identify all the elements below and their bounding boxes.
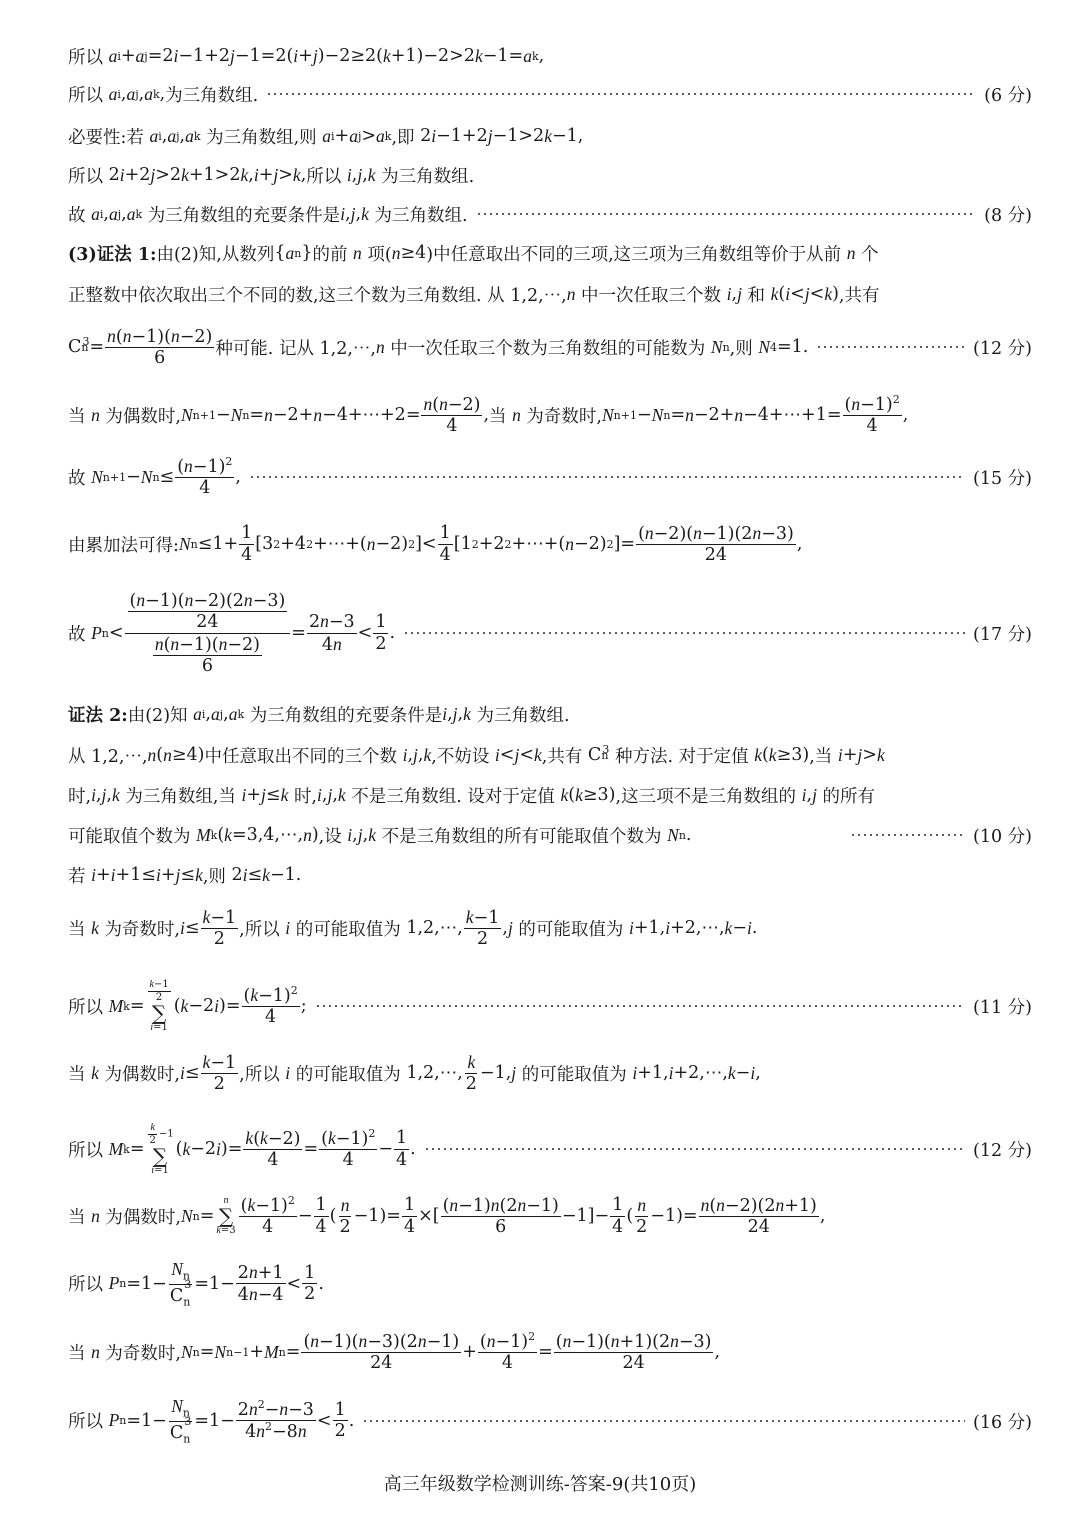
score-label: (16 分) bbox=[973, 1409, 1032, 1434]
text: 若 bbox=[68, 863, 86, 888]
text: ,则 bbox=[203, 863, 226, 888]
line-necessity: 必要性:若 ai,aj,ak 为三角数组,则 ai+aj>ak,即 2i−1+2… bbox=[68, 116, 1032, 156]
text: ,共有 bbox=[839, 282, 880, 307]
line-pn-even: 所以 Pn=1−NnCn3=1−2n+14n−4<12. bbox=[68, 1258, 1032, 1310]
text: 和 bbox=[748, 282, 766, 307]
text: 由累加法可得: bbox=[68, 532, 179, 557]
text: 为三角数组,则 bbox=[206, 124, 317, 149]
leader-dots bbox=[816, 346, 965, 348]
text: ,所以 bbox=[239, 916, 280, 941]
score-label: (6 分) bbox=[984, 82, 1032, 107]
text: 所以 bbox=[68, 82, 103, 107]
text: 由(2)知,从数列 bbox=[156, 241, 274, 266]
text: 所以 bbox=[68, 1408, 103, 1433]
leader-dots bbox=[403, 632, 965, 634]
line-difference-cases: 当 n 为偶数时,Nn+1−Nn=n−2+n−4+⋯+2=n(n−2)4,当 n… bbox=[68, 390, 1032, 440]
text: 的前 bbox=[312, 241, 347, 266]
score-label: (10 分) bbox=[973, 823, 1032, 848]
text: 必要性:若 bbox=[68, 124, 144, 149]
score-label: (12 分) bbox=[973, 1137, 1032, 1162]
text: 为三角数组. bbox=[374, 202, 467, 227]
text: ,设 bbox=[319, 823, 342, 848]
line-mk-even-12: 所以 Mk=k2−1∑i=1(k−2i)=k(k−2)4=(k−1)24−14.… bbox=[68, 1114, 1032, 1184]
text: 为奇数时, bbox=[105, 1340, 181, 1365]
text: 种方法. 对于定值 bbox=[615, 743, 749, 768]
line-combination-count: Cn3=n(n−1)(n−2)6种可能. 记从 1,2,⋯,n 中一次任取三个数… bbox=[68, 322, 1032, 372]
line-conclusion-8: 故 ai,aj,ak 为三角数组的充要条件是i,j,k 为三角数组. (8 分) bbox=[68, 194, 1032, 234]
text: 的可能取值为 bbox=[296, 1061, 401, 1086]
line-difference-bound: 故 Nn+1−Nn≤(n−1)24, (15 分) bbox=[68, 452, 1032, 502]
text: 种可能. 记从 1,2,⋯, bbox=[215, 335, 376, 360]
score-label: (8 分) bbox=[984, 202, 1032, 227]
text: 为偶数时, bbox=[104, 1061, 180, 1086]
text: 为三角数组,当 bbox=[125, 783, 236, 808]
text: 时, bbox=[68, 783, 91, 808]
text: 为三角数组. bbox=[381, 163, 474, 188]
line-mk-odd-11: 所以 Mk=k−12∑i=1(k−2i)=(k−1)24; (11 分) bbox=[68, 972, 1032, 1040]
text: 所以 bbox=[68, 163, 103, 188]
text: 所以 bbox=[68, 994, 103, 1019]
text: 所以 bbox=[68, 1137, 103, 1162]
text: 所以 bbox=[68, 44, 103, 69]
leader-dots bbox=[424, 1148, 965, 1150]
text: 所以 bbox=[306, 163, 341, 188]
text: )中任意取出不同的三项,这三项为三角数组等价于从前 bbox=[426, 241, 841, 266]
line-proof1-2: 正整数中依次取出三个不同的数,这三个数为三角数组. 从 1,2,⋯,n 中一次任… bbox=[68, 274, 1032, 314]
text: 中一次任取三个数为三角数组的可能数为 bbox=[390, 335, 705, 360]
text: 故 bbox=[68, 621, 86, 646]
text: 当 bbox=[489, 403, 507, 428]
line-nn-even: 当 n 为偶数时,Nn=n∑k=3(k−1)24−14(n2−1)=14×[(n… bbox=[68, 1190, 1032, 1242]
text: 为三角数组. bbox=[476, 702, 569, 727]
leader-dots bbox=[266, 93, 976, 95]
text: ,不妨设 bbox=[431, 743, 489, 768]
line-k-even: 当 k 为偶数时,i≤k−12,所以 i 的可能取值为 1,2,⋯,k2−1,j… bbox=[68, 1048, 1032, 1098]
line-conclusion-6: 所以 ai,aj,ak,为三角数组. (6 分) bbox=[68, 74, 1032, 114]
summation: k−12∑i=1 bbox=[147, 979, 172, 1033]
text: 故 bbox=[68, 465, 86, 490]
score-label: (11 分) bbox=[973, 994, 1032, 1019]
line-pn-odd-16: 所以 Pn=1−NnCn3=1−2n2−n−34n2−8n<12. (16 分) bbox=[68, 1394, 1032, 1448]
leader-dots bbox=[249, 476, 965, 478]
proof2-heading: 证法 2: bbox=[68, 702, 128, 727]
summation: k2−1∑i=1 bbox=[147, 1122, 174, 1176]
text: 的可能取值为 bbox=[518, 916, 623, 941]
text: 正整数中依次取出三个不同的数,这三个数为三角数组. 从 1,2,⋯, bbox=[68, 282, 567, 307]
text: 可能取值个数为 bbox=[68, 823, 191, 848]
text: 为奇数时, bbox=[104, 916, 180, 941]
text: 中一次任取三个数 bbox=[581, 282, 721, 307]
line-proof1-intro: (3)证法 1:由(2)知,从数列{an}的前 n 项(n≥4)中任意取出不同的… bbox=[68, 233, 1032, 273]
text: 所以 bbox=[68, 1271, 103, 1296]
text: 当 bbox=[68, 1340, 86, 1365]
summation: n∑k=3 bbox=[216, 1196, 235, 1236]
score-label: (12 分) bbox=[973, 335, 1032, 360]
line-nn-odd: 当 n 为奇数时,Nn=Nn−1+Mn=(n−1)(n−3)(2n−1)24+(… bbox=[68, 1326, 1032, 1378]
text: 不是三角数组. 设对于定值 bbox=[351, 783, 555, 808]
score-label: (17 分) bbox=[973, 621, 1032, 646]
text: 为三角数组的充要条件是 bbox=[148, 202, 341, 227]
text: 当 bbox=[68, 403, 86, 428]
text: 当 bbox=[68, 916, 86, 941]
leader-dots bbox=[315, 1005, 965, 1007]
leader-dots bbox=[362, 1420, 965, 1422]
text: ,当 bbox=[809, 743, 832, 768]
line-proof2-4: 可能取值个数为 Mk(k=3,4,⋯,n),设 i,j,k 不是三角数组的所有可… bbox=[68, 815, 1032, 855]
text: 中任意取出不同的三个数 bbox=[204, 743, 397, 768]
text: 的可能取值为 bbox=[296, 916, 401, 941]
text: 当 bbox=[68, 1061, 86, 1086]
page-footer: 高三年级数学检测训练-答案-9(共10页) bbox=[0, 1470, 1080, 1496]
text: 当 bbox=[68, 1204, 86, 1229]
line-k-odd: 当 k 为奇数时,i≤k−12,所以 i 的可能取值为 1,2,⋯,k−12,j… bbox=[68, 903, 1032, 953]
line-proof2-intro: 证法 2:由(2)知 ai,aj,ak 为三角数组的充要条件是i,j,k 为三角… bbox=[68, 694, 1032, 734]
text: 为偶数时, bbox=[105, 1204, 181, 1229]
leader-dots bbox=[850, 834, 965, 836]
line-necessity-2: 所以 2i+2j>2k+1>2k,i+j>k,所以 i,j,k 为三角数组. bbox=[68, 155, 1032, 195]
text: 不是三角数组的所有可能取值个数为 bbox=[382, 823, 662, 848]
line-probability-bound-17: 故 Pn<(n−1)(n−2)(2n−3)24n(n−1)(n−2)6=2n−3… bbox=[68, 585, 1032, 681]
leader-dots bbox=[476, 213, 977, 215]
text: ,共有 bbox=[542, 743, 583, 768]
text: 的可能取值为 bbox=[522, 1061, 627, 1086]
text: 个 bbox=[861, 241, 879, 266]
text: 为偶数时, bbox=[105, 403, 181, 428]
text: ,则 bbox=[730, 335, 753, 360]
line-sufficiency-inequality: 所以 ai+aj=2i−1+2j−1=2(i+j)−2≥2(k+1)−2>2k−… bbox=[68, 36, 1032, 76]
line-proof2-2: 从 1,2,⋯,n(n≥4)中任意取出不同的三个数 i,j,k,不妨设 i<j<… bbox=[68, 735, 1032, 775]
line-proof2-5: 若 i+i+1≤i+j≤k,则 2i≤k−1. bbox=[68, 855, 1032, 895]
text: ,这三项不是三角数组的 bbox=[616, 783, 797, 808]
text: 为三角数组. bbox=[165, 82, 258, 107]
text: 时, bbox=[294, 783, 317, 808]
text: 为三角数组的充要条件是 bbox=[250, 702, 443, 727]
proof1-heading: (3)证法 1: bbox=[68, 241, 156, 266]
text: ,即 bbox=[391, 124, 414, 149]
text: 的所有 bbox=[823, 783, 876, 808]
text: 为奇数时, bbox=[526, 403, 602, 428]
text: 故 bbox=[68, 202, 86, 227]
text: 由(2)知 bbox=[128, 702, 188, 727]
line-cumulative-sum: 由累加法可得:Nn≤1+14[32+42+⋯+(n−2)2]<14[12+22+… bbox=[68, 518, 1032, 570]
score-label: (15 分) bbox=[973, 465, 1032, 490]
text: ,所以 bbox=[239, 1061, 280, 1086]
text: 项( bbox=[367, 241, 391, 266]
text: 从 1,2,⋯, bbox=[68, 743, 148, 768]
line-proof2-3: 时,i,j,k 为三角数组,当 i+j≤k 时,i,j,k 不是三角数组. 设对… bbox=[68, 775, 1032, 815]
